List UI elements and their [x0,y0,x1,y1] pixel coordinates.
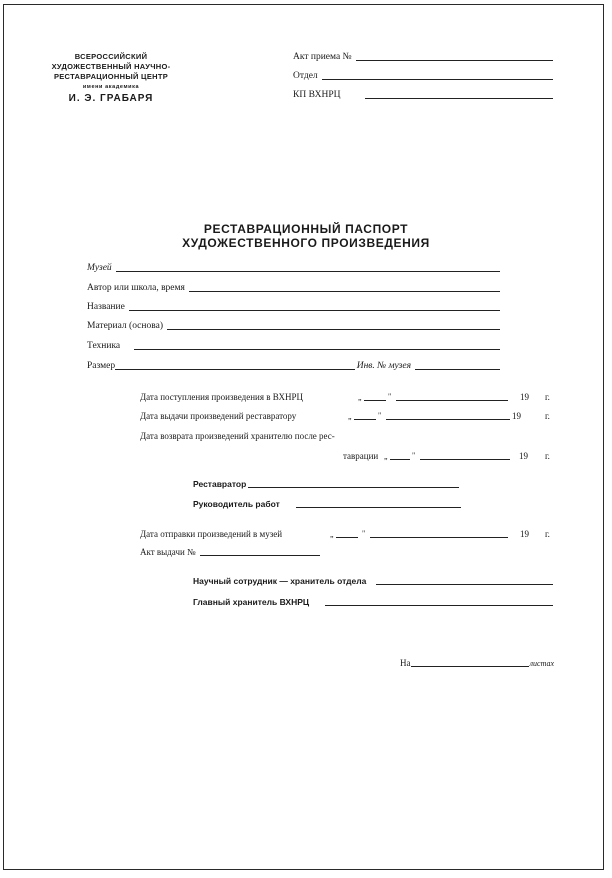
curator-label: Научный сотрудник — хранитель отдела [193,576,376,587]
date-received-year: 19 [520,392,529,402]
technique-label: Техника [87,341,134,352]
restorer-input-line[interactable] [248,487,459,488]
material-input-line[interactable] [167,329,500,330]
supervisor-input-line[interactable] [296,507,461,508]
date-sent-month[interactable] [370,537,508,538]
year-suffix: г. [545,411,550,421]
open-quote: „ [348,412,352,421]
date-sent-row: Дата отправки произведений в музей „ " 1… [140,528,555,540]
technique-input-line[interactable] [134,349,500,350]
restorer-field: Реставратор [193,478,459,490]
supervisor-label: Руководитель работ [193,499,296,510]
material-label: Материал (основа) [87,321,167,332]
title-line-2: ХУДОЖЕСТВЕННОГО ПРОИЗВЕДЕНИЯ [0,236,612,250]
close-quote: " [378,411,381,420]
inventory-input-line[interactable] [415,369,500,370]
chief-curator-signature-line[interactable] [325,605,553,606]
organization-header: ВСЕРОССИЙСКИЙ ХУДОЖЕСТВЕННЫЙ НАУЧНО- РЕС… [40,52,182,105]
open-quote: „ [358,393,362,402]
open-quote: „ [330,530,334,539]
kp-label: КП ВХНРЦ [293,90,365,101]
date-returned-label: Дата возврата произведений хранителю пос… [140,431,335,441]
year-suffix: г. [545,392,550,402]
date-sent-year: 19 [520,529,529,539]
year-suffix: г. [545,529,550,539]
department-field: Отдел [293,70,553,82]
date-issued-row: Дата выдачи произведений реставратору „ … [140,410,555,422]
size-input-line[interactable] [115,369,355,370]
material-field: Материал (основа) [87,320,500,332]
date-received-row: Дата поступления произведения в ВХНРЦ „ … [140,391,555,403]
kp-input-line[interactable] [365,98,553,99]
date-received-label: Дата поступления произведения в ВХНРЦ [140,392,303,402]
chief-curator-label: Главный хранитель ВХНРЦ [193,597,325,608]
museum-field: Музей [87,262,500,274]
date-returned-row: таврации „ " 19 г. [140,450,555,462]
title-input-line[interactable] [129,310,500,311]
open-quote: „ [384,452,388,461]
kp-field: КП ВХНРЦ [293,89,553,101]
act-issue-field: Акт выдачи № [140,546,320,558]
author-input-line[interactable] [189,291,500,292]
author-label: Автор или школа, время [87,283,189,294]
curator-signature-field: Научный сотрудник — хранитель отдела [193,575,553,587]
title-field: Название [87,301,500,313]
date-returned-day[interactable] [390,459,410,460]
close-quote: " [362,529,365,538]
date-returned-month[interactable] [420,459,510,460]
act-issue-label: Акт выдачи № [140,547,200,558]
chief-curator-signature-field: Главный хранитель ВХНРЦ [193,596,553,608]
sheets-count-input-line[interactable] [411,666,529,667]
title-line-1: РЕСТАВРАЦИОННЫЙ ПАСПОРТ [0,222,612,236]
date-received-month[interactable] [396,400,508,401]
act-issue-input-line[interactable] [200,555,320,556]
museum-label: Музей [87,263,116,274]
department-label: Отдел [293,71,322,82]
sheets-prefix: На [400,658,411,669]
org-name: И. Э. ГРАБАРЯ [40,92,182,105]
curator-signature-line[interactable] [376,584,553,585]
org-line-4: имени академика [40,82,182,92]
org-line-2: ХУДОЖЕСТВЕННЫЙ НАУЧНО- [40,62,182,72]
inventory-label: Инв. № музея [355,361,415,372]
size-label: Размер [87,361,115,372]
department-input-line[interactable] [322,79,553,80]
act-receipt-input-line[interactable] [356,60,553,61]
date-returned-label-row: Дата возврата произведений хранителю пос… [140,430,555,442]
author-field: Автор или школа, время [87,282,500,294]
title-label: Название [87,302,129,313]
date-returned-label-cont: таврации [343,451,378,461]
supervisor-field: Руководитель работ [193,498,461,510]
date-issued-label: Дата выдачи произведений реставратору [140,411,296,421]
document-title: РЕСТАВРАЦИОННЫЙ ПАСПОРТ ХУДОЖЕСТВЕННОГО … [0,222,612,250]
date-returned-year: 19 [519,451,528,461]
size-inventory-row: Размер Инв. № музея [87,360,500,372]
date-sent-label: Дата отправки произведений в музей [140,529,282,539]
act-receipt-field: Акт приема № [293,51,553,63]
act-receipt-label: Акт приема № [293,52,356,63]
sheets-count-field: На листах [400,657,554,669]
org-line-1: ВСЕРОССИЙСКИЙ [40,52,182,62]
technique-field: Техника [87,340,500,352]
date-sent-day[interactable] [336,537,358,538]
restorer-label: Реставратор [193,479,248,490]
museum-input-line[interactable] [116,271,500,272]
date-issued-month[interactable] [386,419,510,420]
date-received-day[interactable] [364,400,386,401]
sheets-suffix: листах [529,658,554,669]
org-line-3: РЕСТАВРАЦИОННЫЙ ЦЕНТР [40,72,182,82]
date-issued-year: 19 [512,411,521,421]
date-issued-day[interactable] [354,419,376,420]
close-quote: " [412,451,415,460]
year-suffix: г. [545,451,550,461]
close-quote: " [388,392,391,401]
